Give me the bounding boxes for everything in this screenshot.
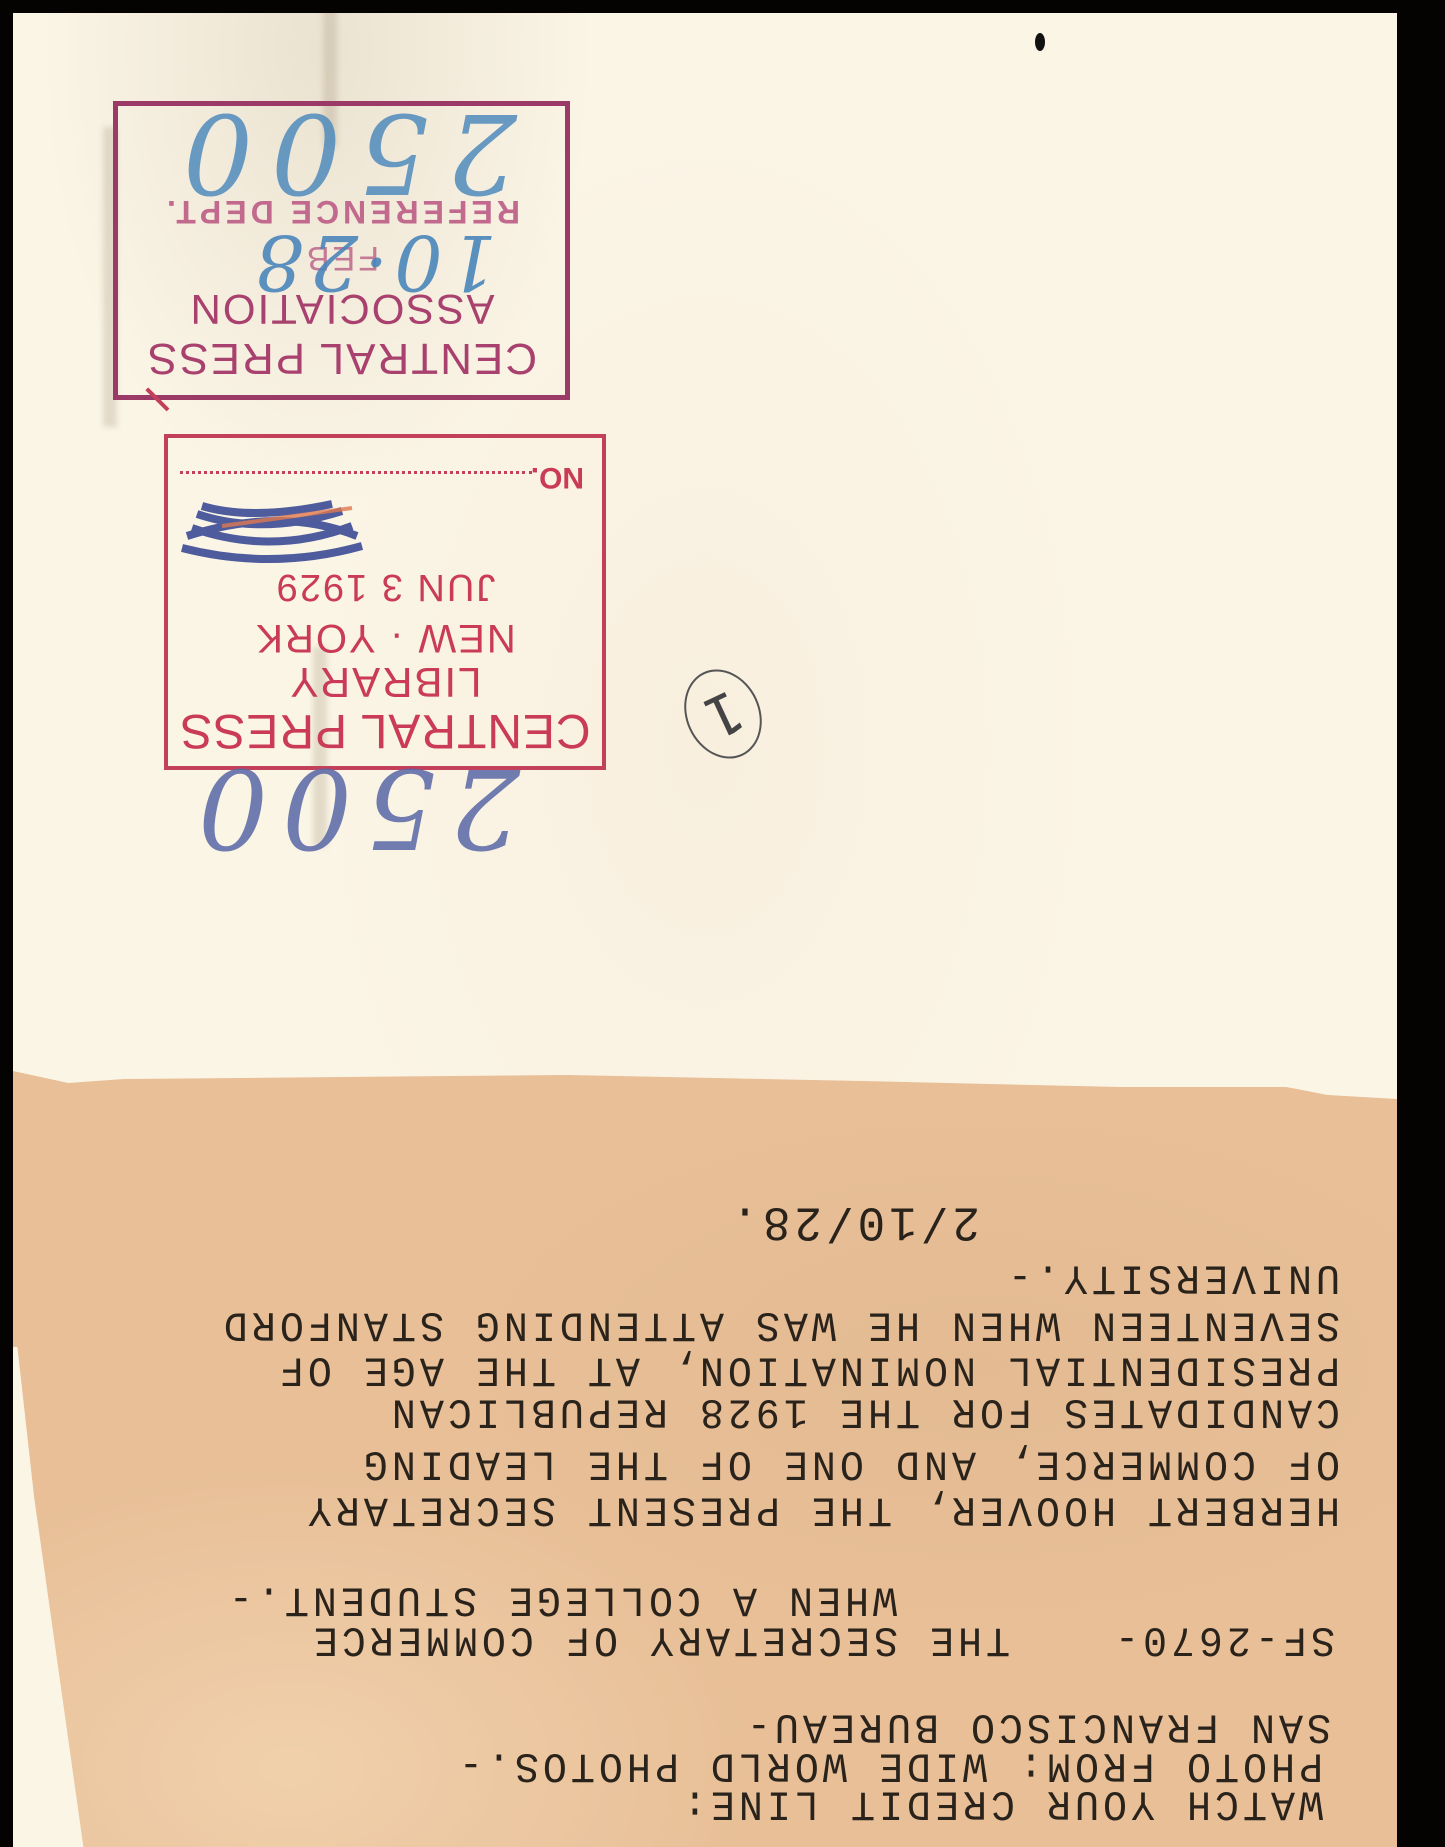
credit-line: SAN FRANCISCO BUREAU- <box>743 1704 1331 1746</box>
body-line: UNIVERSITY.- <box>1004 1255 1340 1297</box>
body-line: HERBERT HOOVER, THE PRESENT SECRETARY <box>304 1487 1340 1529</box>
headline-cont: WHEN A COLLEGE STUDENT.- <box>225 1577 897 1619</box>
circled-number: 1 <box>670 657 776 772</box>
body-line: PRESIDENTIAL NOMINATION, AT THE AGE OF <box>276 1347 1340 1389</box>
body-line: SEVENTEEN WHEN HE WAS ATTENDING STANFORD <box>220 1302 1340 1344</box>
photo-id: SF-2670- <box>1111 1617 1335 1659</box>
number-field-dots <box>180 471 532 474</box>
stamp-line: CENTRAL PRESS <box>118 333 565 383</box>
stamp-date: JUN 3 1929 <box>168 565 602 608</box>
ink-dot <box>1035 33 1045 51</box>
stamp-line: LIBRARY <box>168 658 602 706</box>
headline: THE SECRETARY OF COMMERCE <box>310 1617 1010 1659</box>
library-stamp: CENTRAL PRESS LIBRARY NEW · YORK JUN 3 1… <box>164 434 606 770</box>
circled-digit: 1 <box>693 677 753 751</box>
photo-card-back: CENTRAL PRESS ASSOCIATION FEB REFERENCE … <box>13 13 1397 1847</box>
handwritten-number: 2500 <box>184 744 520 872</box>
credit-line: PHOTO FROM: WIDE WORLD PHOTOS.- <box>455 1743 1323 1785</box>
body-line: OF COMMERCE, AND ONE OF THE LEADING <box>360 1441 1340 1483</box>
handwritten-date: 10·28 <box>249 218 497 307</box>
scribble-mark <box>172 496 372 566</box>
number-label: NO. <box>531 460 584 494</box>
body-line: CANDIDATES FOR THE 1928 REPUBLICAN <box>388 1389 1340 1431</box>
handwritten-number: 2500 <box>165 89 517 217</box>
caption-slip: WATCH YOUR CREDIT LINE: PHOTO FROM: WIDE… <box>13 1047 1397 1847</box>
caption-date: 2/10/28. <box>727 1197 980 1245</box>
stamp-line: NEW · YORK <box>168 615 602 660</box>
